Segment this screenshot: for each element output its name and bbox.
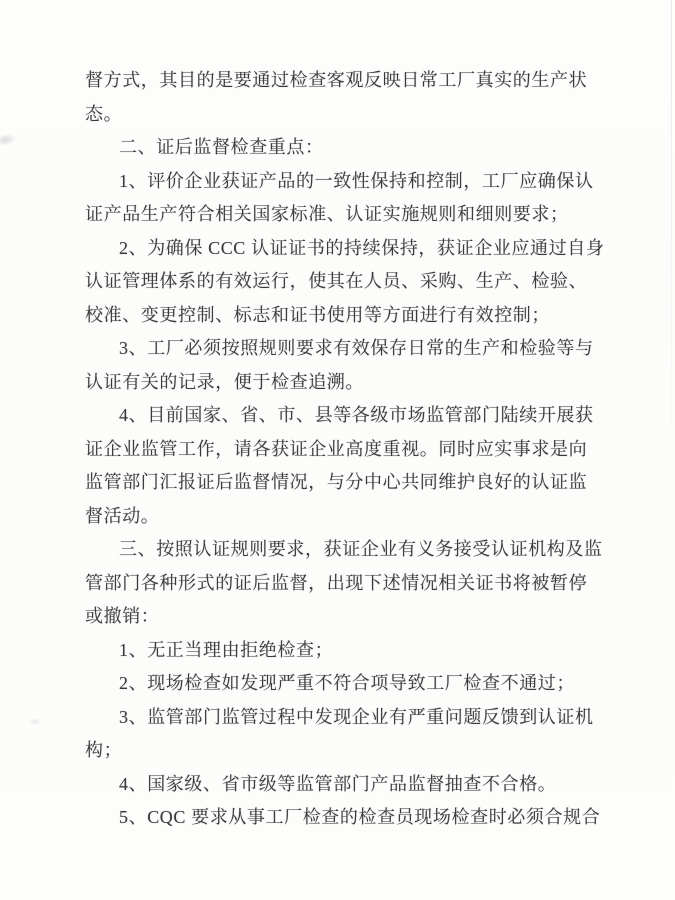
text-line: 管部门各种形式的证后监督，出现下述情况相关证书将被暂停 — [85, 567, 600, 601]
text-line: 认证管理体系的有效运行，使其在人员、采购、生产、检验、 — [85, 265, 600, 299]
text-line: 证企业监管工作，请各获证企业高度重视。同时应实事求是向 — [85, 433, 600, 467]
document-page: 督方式，其目的是要通过检查客观反映日常工厂真实的生产状 态。 二、证后监督检查重… — [0, 0, 675, 900]
text-line: 证产品生产符合相关国家标准、认证实施规则和细则要求； — [85, 198, 600, 232]
scan-edge-artifact — [671, 0, 672, 445]
text-line: 态。 — [85, 98, 600, 132]
text-line: 校准、变更控制、标志和证书使用等方面进行有效控制； — [85, 299, 600, 333]
text-line: 或撤销： — [85, 600, 600, 634]
text-line: 督活动。 — [85, 500, 600, 534]
list-item-line: 3、工厂必须按照规则要求有效保存日常的生产和检验等与 — [85, 332, 600, 366]
text-line: 认证有关的记录，便于检查追溯。 — [85, 366, 600, 400]
scan-smudge — [28, 717, 43, 726]
document-body: 督方式，其目的是要通过检查客观反映日常工厂真实的生产状 态。 二、证后监督检查重… — [85, 64, 600, 835]
section-heading-line: 三、按照认证规则要求，获证企业有义务接受认证机构及监 — [85, 533, 600, 567]
list-item-line: 2、为确保 CCC 认证证书的持续保持，获证企业应通过自身 — [85, 232, 600, 266]
list-item-line: 3、监管部门监管过程中发现企业有严重问题反馈到认证机 — [85, 701, 600, 735]
list-item-line: 5、CQC 要求从事工厂检查的检查员现场检查时必须合规合 — [85, 801, 600, 835]
list-item-line: 4、目前国家、省、市、县等各级市场监管部门陆续开展获 — [85, 399, 600, 433]
text-line: 督方式，其目的是要通过检查客观反映日常工厂真实的生产状 — [85, 64, 600, 98]
list-item-line: 2、现场检查如发现严重不符合项导致工厂检查不通过； — [85, 667, 600, 701]
list-item-line: 1、无正当理由拒绝检查； — [85, 634, 600, 668]
scan-smudge — [0, 132, 17, 148]
text-line: 构； — [85, 734, 600, 768]
list-item-line: 4、国家级、省市级等监管部门产品监督抽查不合格。 — [85, 768, 600, 802]
list-item-line: 1、评价企业获证产品的一致性保持和控制，工厂应确保认 — [85, 165, 600, 199]
section-heading-line: 二、证后监督检查重点： — [85, 131, 600, 165]
text-line: 监管部门汇报证后监督情况，与分中心共同维护良好的认证监 — [85, 466, 600, 500]
